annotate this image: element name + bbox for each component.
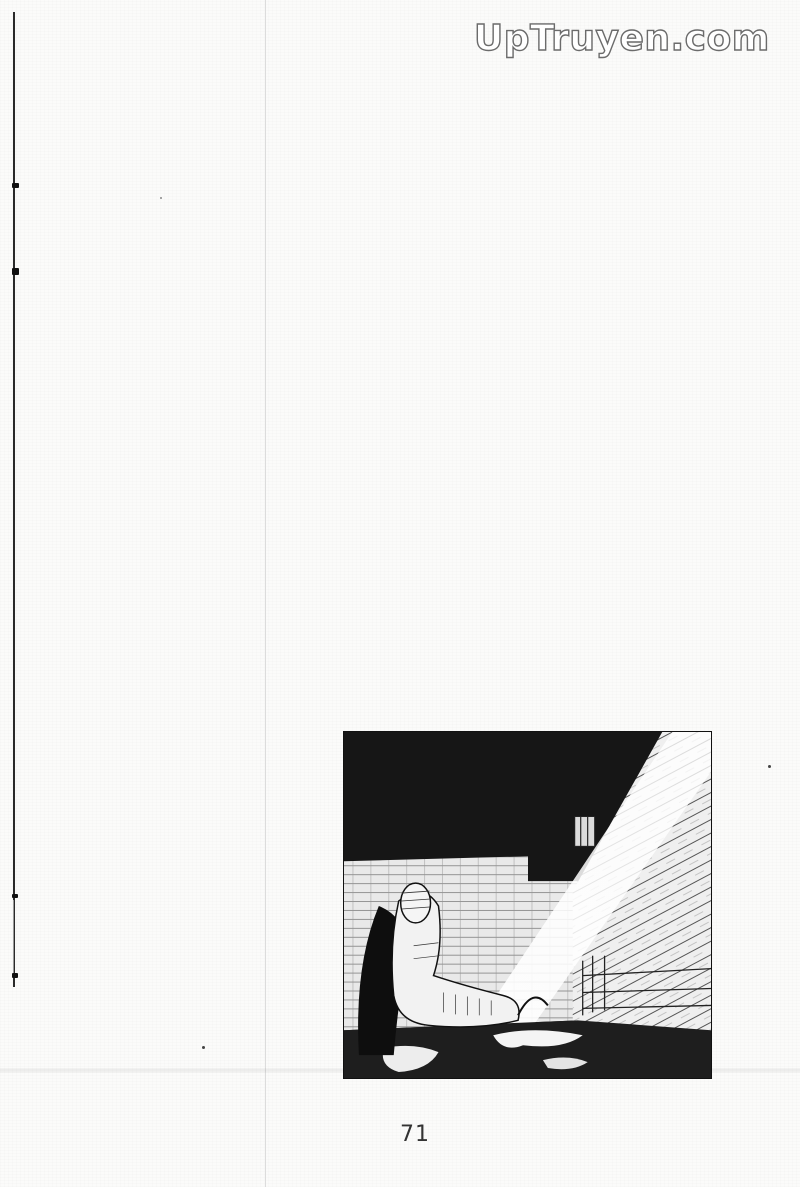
- ink-speck: [768, 765, 771, 768]
- binding-line-faint: [13, 900, 14, 975]
- manga-panel: [343, 731, 712, 1079]
- watermark-logo: UpTruyen.com: [474, 18, 770, 59]
- page-number: 71: [400, 1122, 430, 1147]
- binding-mark: [12, 894, 18, 898]
- binding-mark: [12, 973, 18, 978]
- ink-speck: [160, 197, 162, 199]
- panel-illustration: [344, 732, 711, 1078]
- binding-mark: [12, 183, 19, 188]
- binding-mark: [12, 268, 19, 275]
- ink-speck: [202, 1046, 205, 1049]
- center-fold-line: [265, 0, 266, 1187]
- binding-line: [13, 12, 15, 987]
